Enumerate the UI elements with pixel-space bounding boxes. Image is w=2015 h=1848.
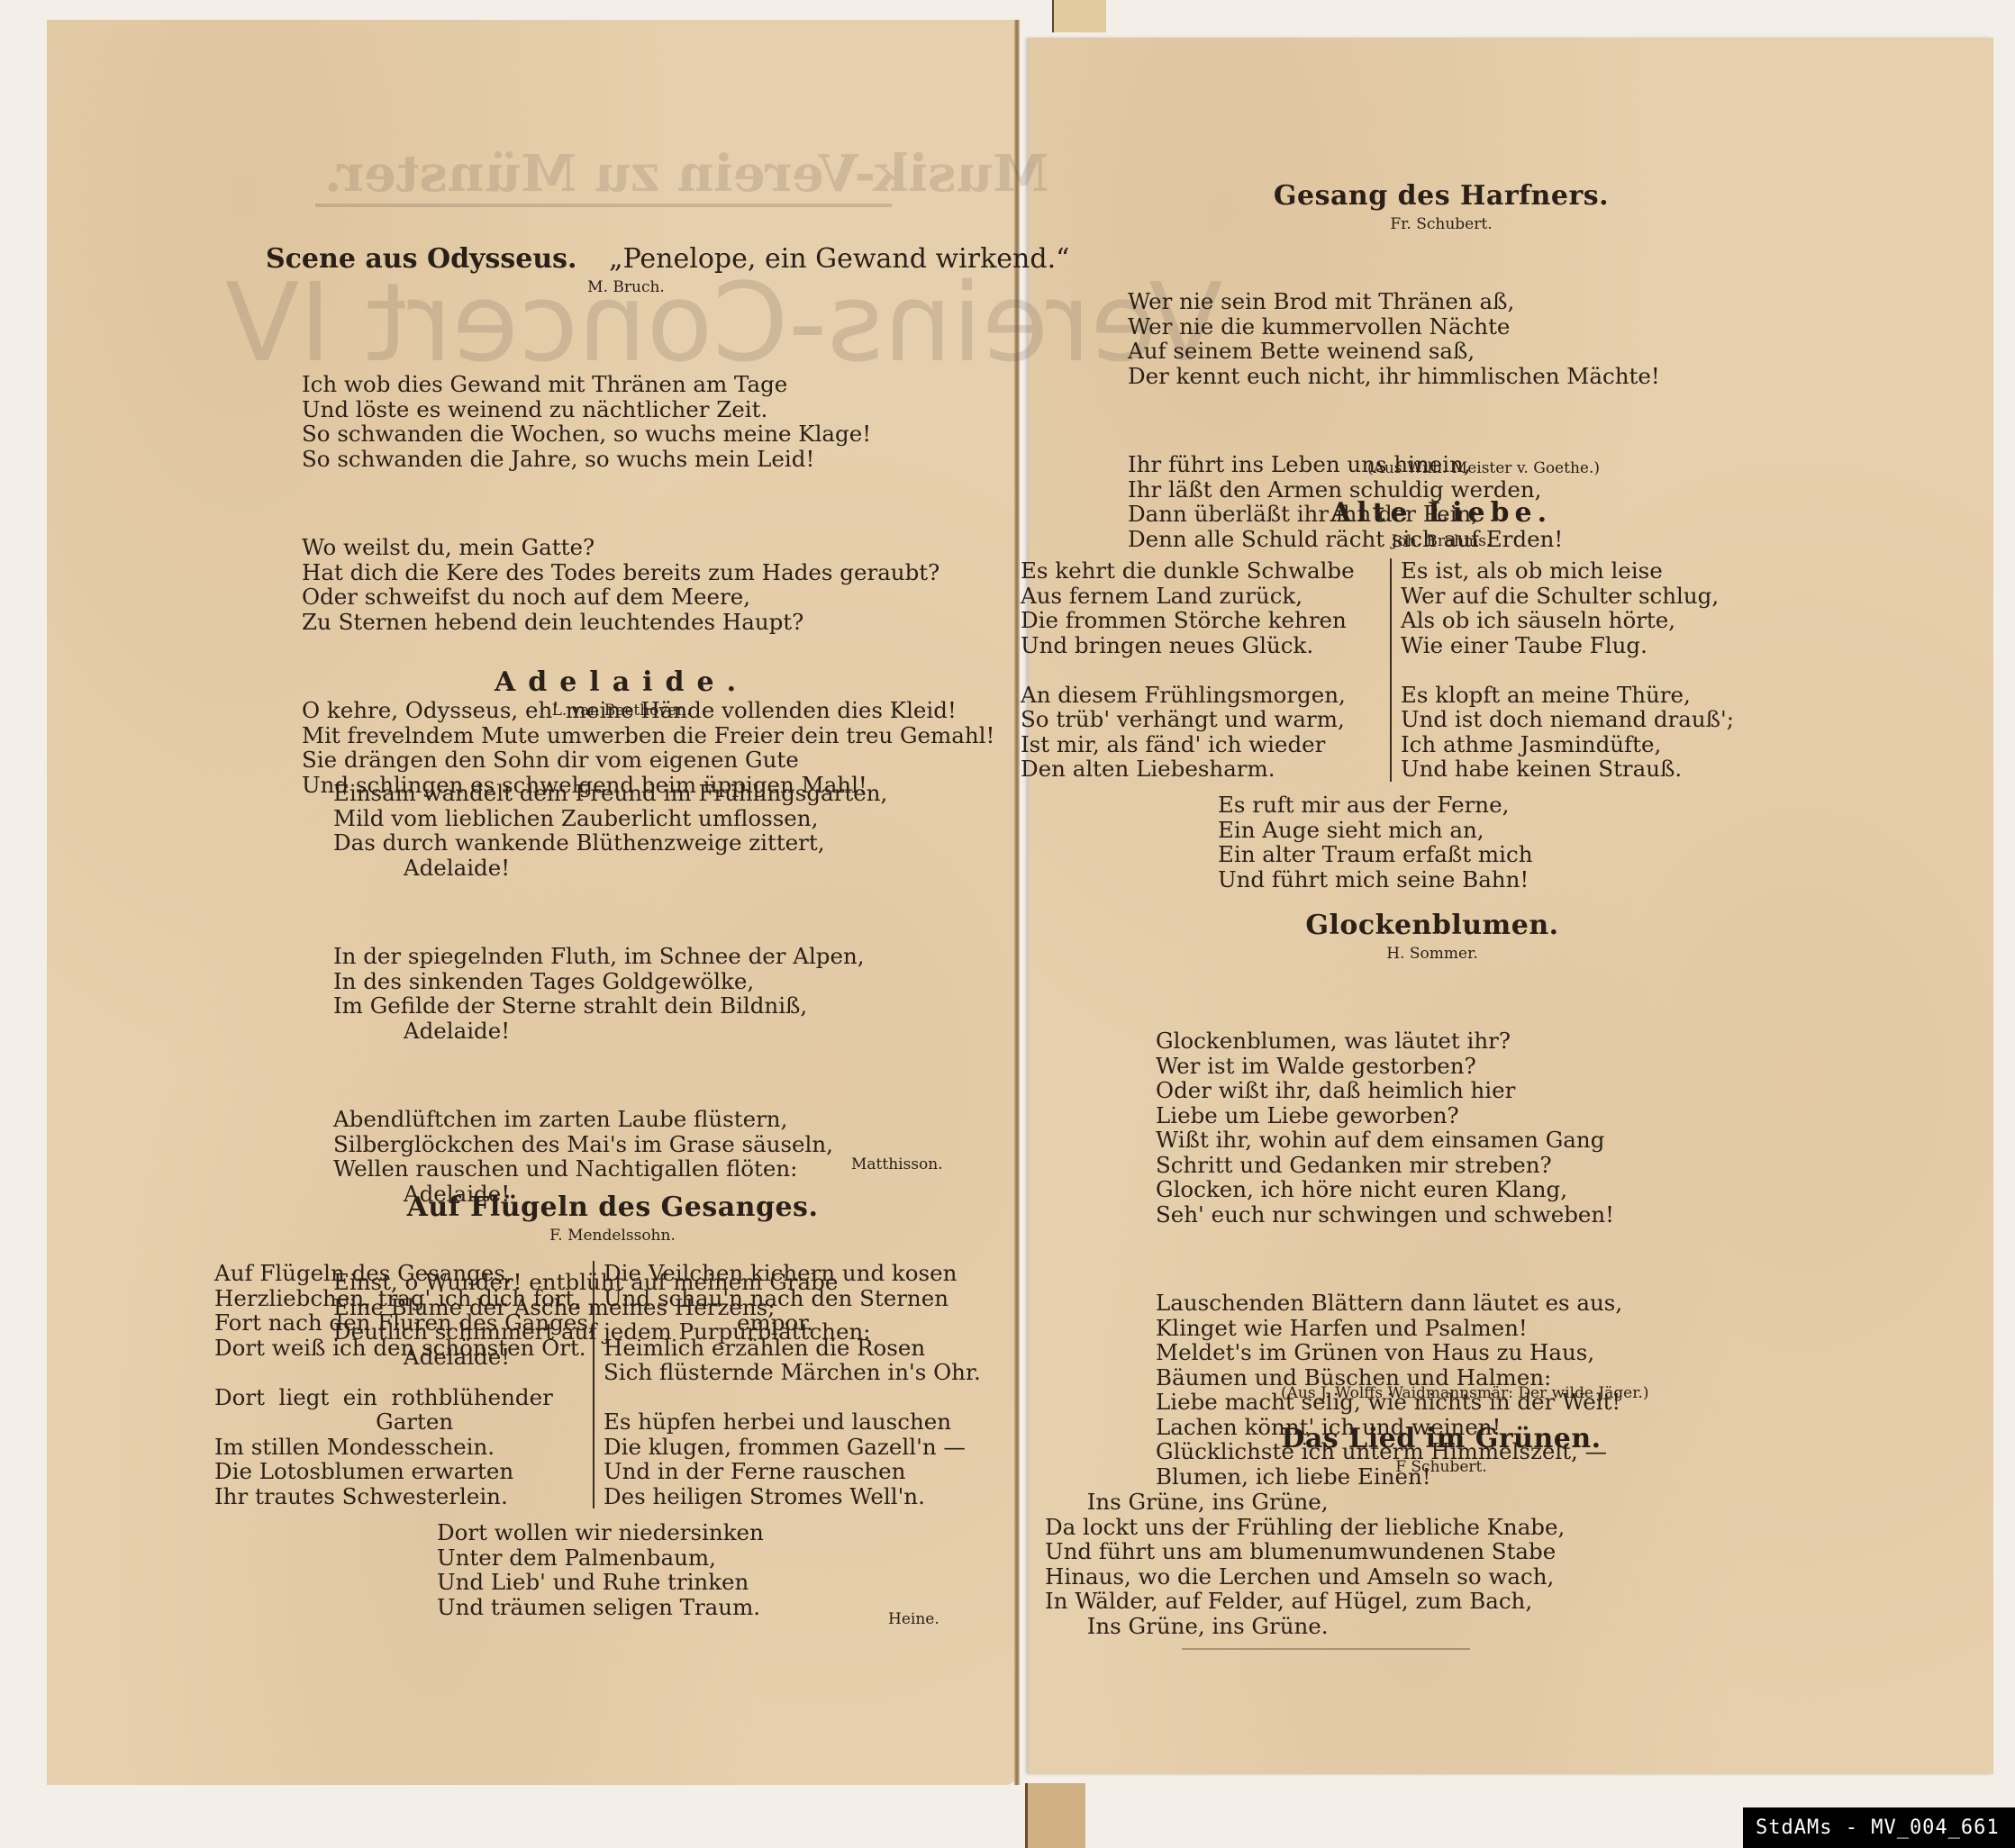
column-divider <box>593 1261 595 1508</box>
right-column: Die Veilchen kichern und kosen Und schau… <box>604 1261 981 1508</box>
composer: Joh. Brahms. <box>1234 532 1648 550</box>
song-title: Alte Liebe. <box>1234 497 1648 529</box>
end-rule <box>1182 1648 1470 1650</box>
song-title: Scene aus Odysseus. <box>266 243 577 275</box>
stanza: Ich wob dies Gewand mit Thränen am Tage … <box>302 372 994 471</box>
lied-im-gruenen-verse: Ins Grüne, ins Grüne, Da lockt uns der F… <box>1045 1490 1565 1638</box>
composer: F. Mendelssohn. <box>342 1227 883 1245</box>
poet-credit: Matthisson. <box>851 1155 943 1173</box>
song-harfner: Gesang des Harfners. Fr. Schubert. <box>1180 180 1702 233</box>
fluegeln-columns: Auf Flügeln des Gesanges, Herzliebchen, … <box>214 1261 981 1508</box>
poet-credit: Heine. <box>888 1610 939 1628</box>
left-column: Auf Flügeln des Gesanges, Herzliebchen, … <box>214 1261 584 1508</box>
song-title: Adelaide. <box>306 666 937 698</box>
stanza: In der spiegelnden Fluth, im Schnee der … <box>333 944 887 1043</box>
book-spine <box>1014 20 1020 1785</box>
showthrough-rule <box>315 204 892 207</box>
column-divider <box>1390 558 1392 782</box>
alte-liebe-closing: Es ruft mir aus der Ferne, Ein Auge sieh… <box>1218 793 1532 892</box>
song-odysseus: Scene aus Odysseus. „Penelope, ein Gewan… <box>266 243 986 296</box>
song-title: Glockenblumen. <box>1207 910 1657 941</box>
stanza: Wer nie sein Brod mit Thränen aß, Wer ni… <box>1128 289 1660 388</box>
binding-strip-top <box>1052 0 1106 32</box>
fluegeln-closing: Dort wollen wir niedersinken Unter dem P… <box>437 1520 764 1619</box>
composer: L. van Beethoven. <box>306 702 937 720</box>
left-column: Es kehrt die dunkle Schwalbe Aus fernem … <box>1021 558 1381 782</box>
composer: H. Sommer. <box>1207 945 1657 963</box>
song-alte-liebe: Alte Liebe. Joh. Brahms. <box>1234 497 1648 550</box>
song-title: Das Lied im Grünen. <box>1216 1423 1666 1454</box>
stanza: Glockenblumen, was läutet ihr? Wer ist i… <box>1156 1028 1622 1227</box>
composer: F Schubert. <box>1216 1458 1666 1476</box>
stanza: Einsam wandelt dein Freund im Frühlingsg… <box>333 781 887 880</box>
song-fluegeln: Auf Flügeln des Gesanges. F. Mendelssohn… <box>342 1191 883 1245</box>
composer: Fr. Schubert. <box>1180 215 1702 233</box>
song-subtitle: „Penelope, ein Gewand wirkend.“ <box>609 243 1069 275</box>
alte-liebe-columns: Es kehrt die dunkle Schwalbe Aus fernem … <box>1021 558 1734 782</box>
song-adelaide: Adelaide. L. van Beethoven. <box>306 666 937 720</box>
binding-strip-bottom <box>1025 1783 1085 1848</box>
song-title: Auf Flügeln des Gesanges. <box>342 1191 883 1223</box>
source-credit: (Aus Wilh. Meister v. Goethe.) <box>1367 459 1600 477</box>
song-glockenblumen: Glockenblumen. H. Sommer. <box>1207 910 1657 963</box>
archive-label: StdAMs - MV_004_661 <box>1743 1807 2015 1848</box>
stanza: Wo weilst du, mein Gatte? Hat dich die K… <box>302 535 994 634</box>
source-credit: (Aus J. Wolffs Waidmannsmär: Der wilde J… <box>1281 1384 1649 1402</box>
right-column: Es ist, als ob mich leise Wer auf die Sc… <box>1401 558 1734 782</box>
song-lied-im-gruenen: Das Lied im Grünen. F Schubert. <box>1216 1423 1666 1476</box>
composer: M. Bruch. <box>266 278 986 296</box>
song-title: Gesang des Harfners. <box>1180 180 1702 212</box>
